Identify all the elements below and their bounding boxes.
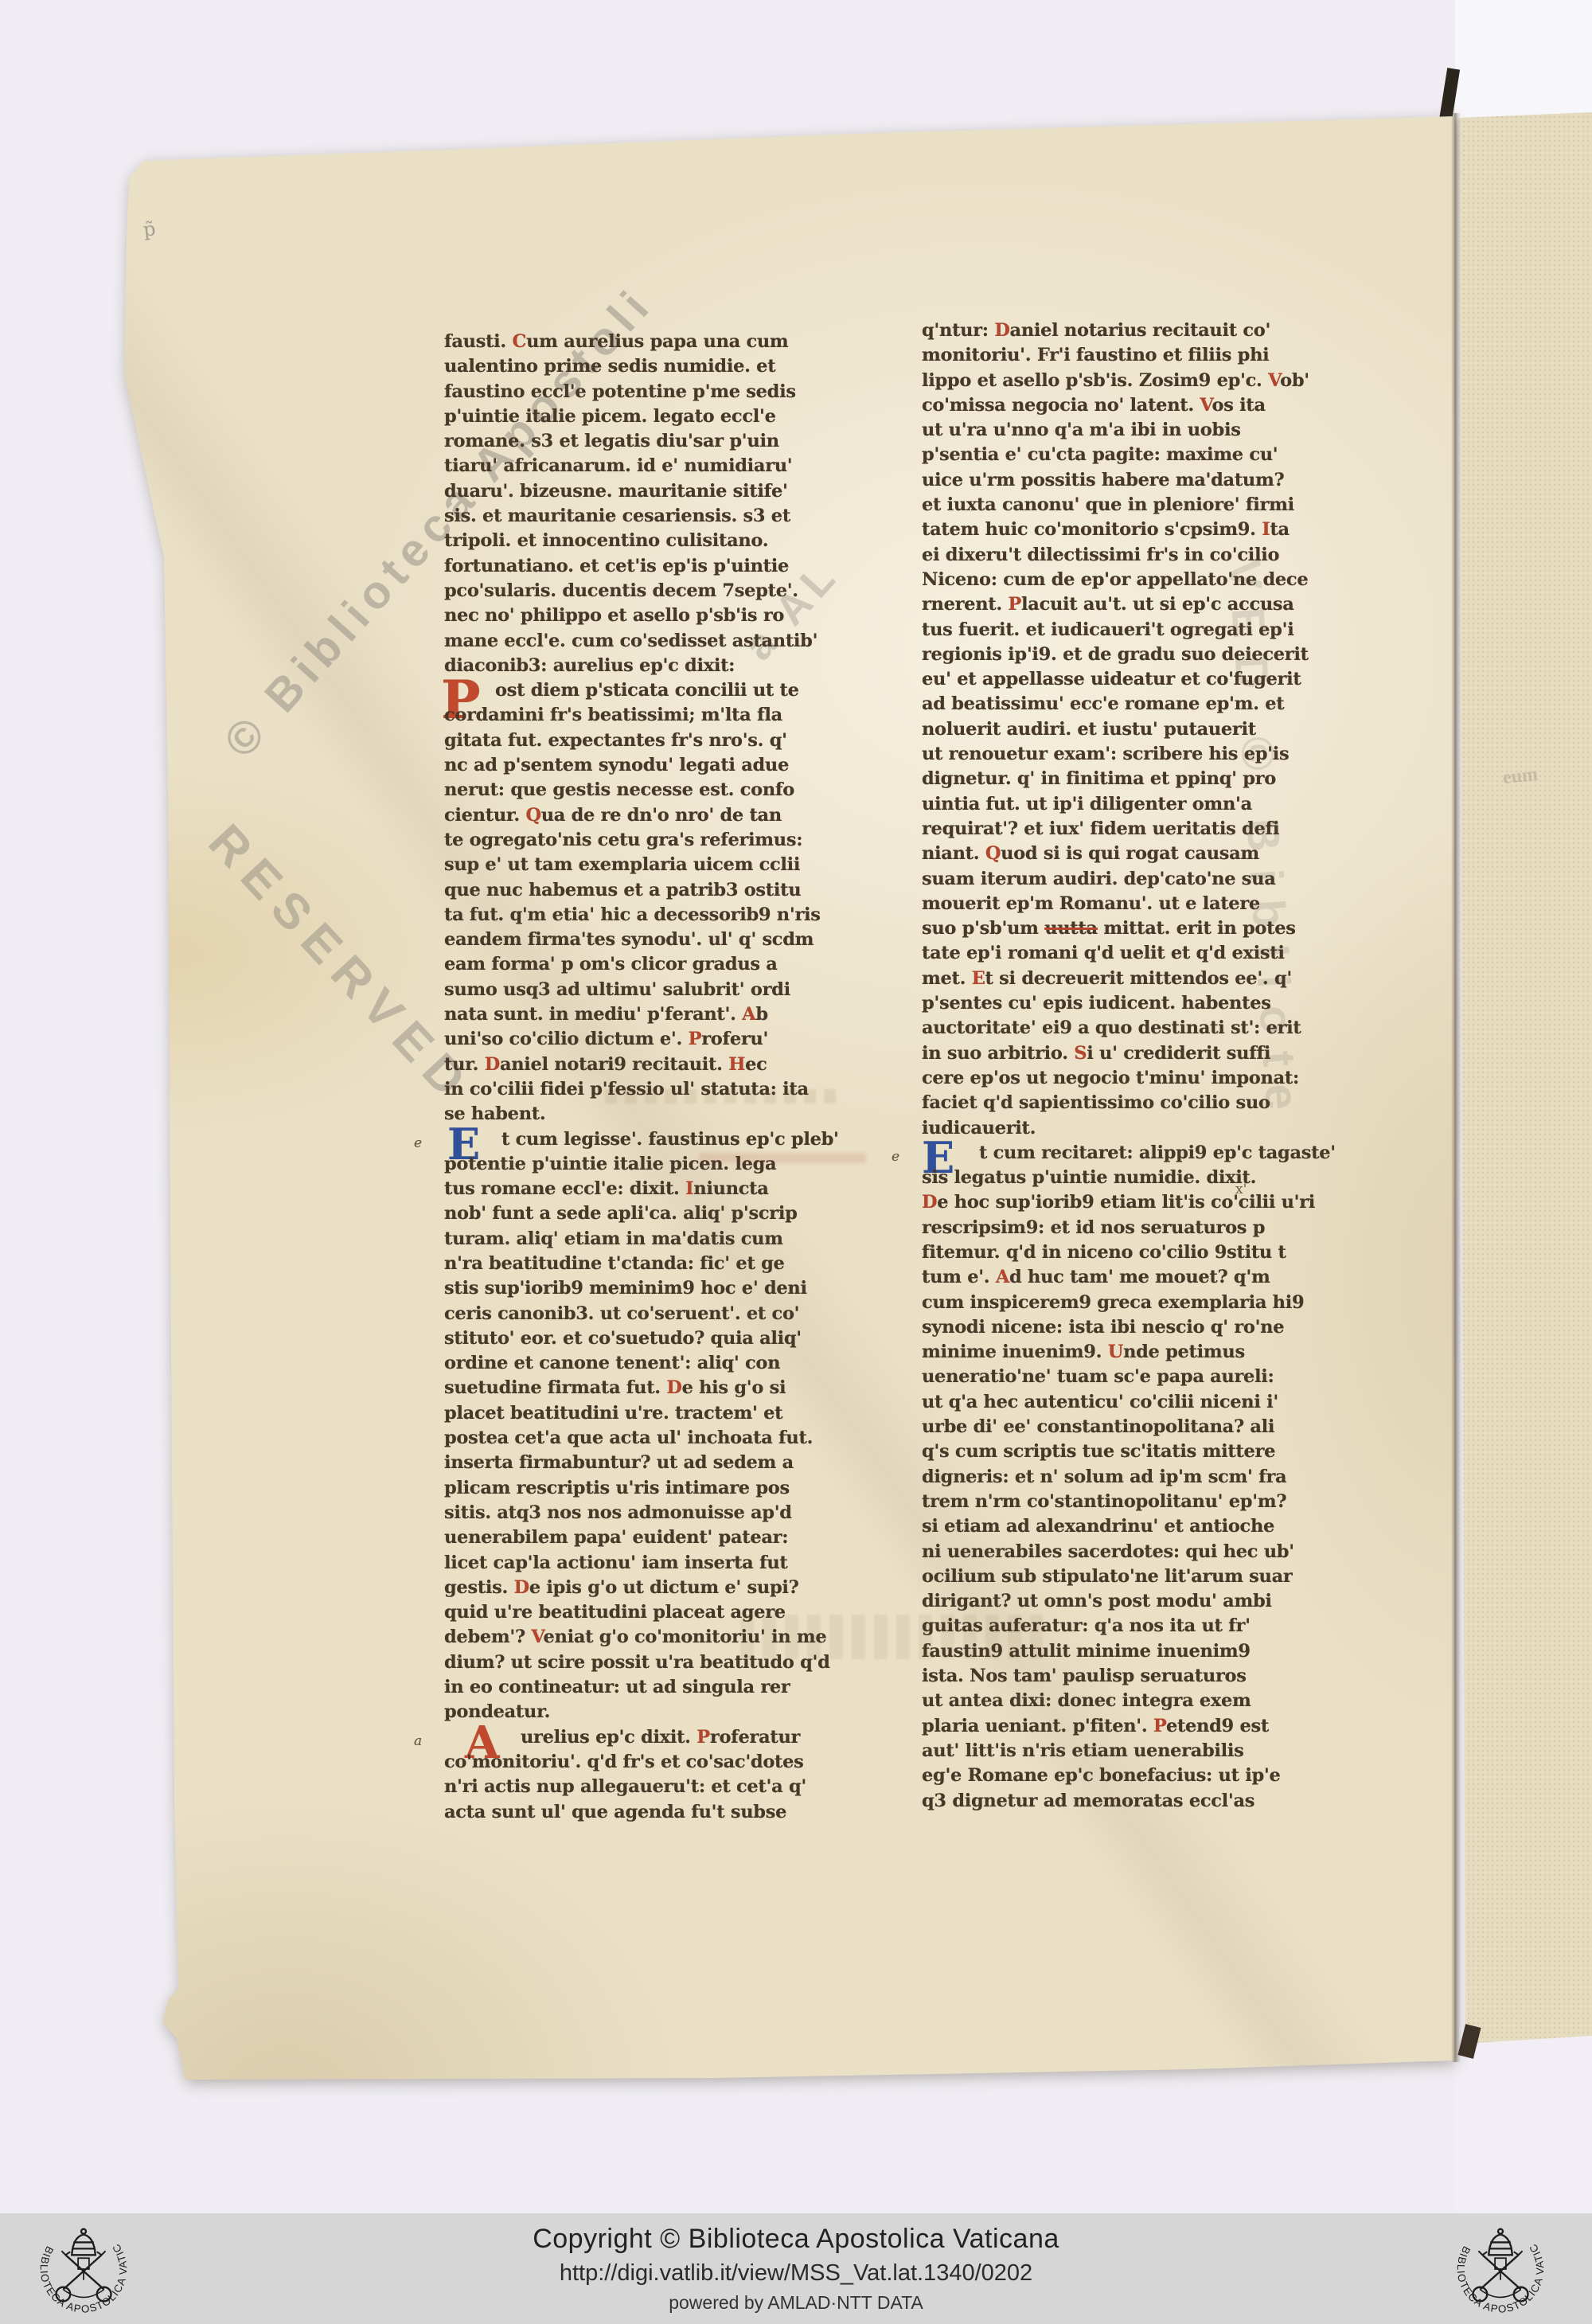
text-segment: etend9 est — [1166, 1716, 1269, 1736]
manuscript-line: duaru'. bizeusne. mauritanie sitife' — [444, 479, 878, 504]
manuscript-line: te ogregato'nis cetu gra's referimus: — [444, 828, 878, 853]
manuscript-line: acta sunt ul' que agenda fu't subse — [444, 1800, 878, 1825]
manuscript-column-1: fausti. Cum aurelius papa una cumualenti… — [444, 330, 878, 1825]
manuscript-line: guitas auferatur: q'a nos ita ut fr' — [922, 1614, 1356, 1639]
manuscript-line: placet beatitudini u're. tractem' et — [444, 1401, 878, 1426]
text-segment: t si decreuerit mittendos ee'. q' — [985, 968, 1292, 989]
manuscript-line: co'monitoriu'. q'd fr's et co'sac'dotes — [444, 1750, 878, 1775]
rubricated-letter: I — [685, 1178, 693, 1199]
manuscript-line: Post diem p'sticata concilii ut te — [444, 678, 878, 703]
manuscript-line: n'ra beatitudine t'ctanda: fic' et ge — [444, 1252, 878, 1276]
text-segment: b — [755, 1004, 767, 1025]
manuscript-line: p'uintie italie picem. legato eccl'e — [444, 404, 878, 429]
text-segment: lacuit au't. ut si ep'c accusa — [1021, 594, 1294, 615]
manuscript-line: monitoriu'. Fr'i faustino et filiis phi — [922, 343, 1356, 368]
marginal-letter: a — [414, 1729, 422, 1754]
manuscript-line: faustin9 attulit minime inuenim9 — [922, 1639, 1356, 1664]
edge-text-fragment: eum — [1502, 764, 1539, 789]
vatican-library-logo-left: BIBLIOTECA APOSTOLICA VATICANA — [29, 2214, 139, 2324]
rubricated-letter: S — [1074, 1043, 1087, 1064]
logo-ring-text: BIBLIOTECA APOSTOLICA VATICANA — [29, 2214, 129, 2315]
manuscript-line: nerut: que gestis necesse est. confo — [444, 778, 878, 803]
manuscript-line: ad beatissimu' ecc'e romane ep'm. et — [922, 692, 1356, 717]
rubricated-letter: D — [922, 1192, 937, 1213]
text-segment: e hoc sup'iorib9 etiam lit'is co'cilii u… — [937, 1192, 1315, 1213]
text-segment: nde petimus — [1123, 1342, 1245, 1362]
rubricated-letter: D — [514, 1577, 529, 1598]
manuscript-line: turam. aliq' etiam in ma'datis cum — [444, 1227, 878, 1252]
manuscript-line: pondeatur. — [444, 1700, 878, 1724]
manuscript-line: trem n'rm co'stantinopolitanu' ep'm? — [922, 1490, 1356, 1514]
rubricated-letter: U — [1108, 1342, 1123, 1362]
text-segment: rnerent. — [922, 594, 1008, 615]
logo-ring-text: BIBLIOTECA APOSTOLICA VATICANA — [1446, 2214, 1546, 2315]
manuscript-line: met. Et si decreuerit mittendos ee'. q' — [922, 967, 1356, 991]
marginal-letter: e — [414, 1131, 422, 1156]
manuscript-line: p'sentia e' cu'cta pagite: maxime cu' — [922, 443, 1356, 467]
manuscript-line: ocilium sub stipulato'ne lit'arum suar — [922, 1564, 1356, 1589]
manuscript-line: rnerent. Placuit au't. ut si ep'c accusa — [922, 592, 1356, 617]
manuscript-line: minime inuenim9. Unde petimus — [922, 1340, 1356, 1365]
manuscript-line: suam iterum audiri. dep'cato'ne sua — [922, 867, 1356, 892]
rubricated-letter: V — [1268, 370, 1280, 391]
text-segment: gestis. — [444, 1577, 514, 1598]
book-gutter — [1451, 113, 1461, 2062]
rubricated-letter: P — [1008, 594, 1021, 615]
manuscript-line: in eo contineatur: ut ad singula rer — [444, 1675, 878, 1700]
manuscript-line: eg'e Romane ep'c bonefacius: ut ip'e — [922, 1764, 1356, 1788]
manuscript-line: q3 dignetur ad memoratas eccl'as — [922, 1789, 1356, 1814]
rubricated-letter: C — [513, 331, 527, 352]
manuscript-line: co'missa negocia no' latent. Vos ita — [922, 393, 1356, 418]
text-segment: lippo et asello p'sb'is. Zosim9 ep'c. — [922, 370, 1268, 391]
rubricated-letter: I — [1262, 519, 1270, 540]
manuscript-line: ordine et canone tenent': aliq' con — [444, 1351, 878, 1376]
rubricated-letter: D — [994, 320, 1009, 341]
manuscript-line: fortunatiano. et cet'is ep'is p'uintie — [444, 554, 878, 579]
text-segment: aniel notari9 recitauit. — [500, 1054, 728, 1075]
manuscript-line: De hoc sup'iorib9 etiam lit'is co'cilii … — [922, 1190, 1356, 1215]
manuscript-line: ista. Nos tam' paulisp seruaturos — [922, 1664, 1356, 1689]
rubricated-letter: Q — [525, 805, 540, 826]
manuscript-line: dirigant? ut omn's post modu' ambi — [922, 1589, 1356, 1614]
marginal-letter: e — [892, 1145, 899, 1170]
text-segment: um aurelius papa una cum — [526, 331, 788, 352]
text-segment: roferu' — [701, 1029, 768, 1049]
manuscript-line: requirat'? et iux' fidem ueritatis defi — [922, 817, 1356, 842]
text-segment: plaria ueniant. p'fiten'. — [922, 1716, 1153, 1736]
rubricated-letter: P — [1153, 1716, 1166, 1736]
manuscript-line: sumo usq3 ad ultimu' salubrit' ordi — [444, 978, 878, 1002]
text-segment: suo p'sb'um — [922, 918, 1044, 939]
manuscript-line: nec no' philippo et asello p'sb'is ro — [444, 603, 878, 628]
text-segment: aniel notarius recitauit co' — [1010, 320, 1271, 341]
manuscript-line: uice u'rm possitis habere ma'datum? — [922, 468, 1356, 493]
manuscript-line: tripoli. et innocentino culisitano. — [444, 529, 878, 553]
manuscript-line: regionis ip'i9. et de gradu suo deieceri… — [922, 643, 1356, 667]
manuscript-line: stituto' eor. et co'suetudo? quia aliq' — [444, 1326, 878, 1351]
text-segment: ta — [1270, 519, 1289, 540]
rubricated-letter: P — [689, 1029, 702, 1049]
struck-word: uutta — [1044, 918, 1098, 939]
text-segment: urelius ep'c dixit. — [521, 1727, 696, 1748]
manuscript-line: mouerit ep'm Romanu'. ut e latere — [922, 892, 1356, 916]
manuscript-line: auctoritate' ei9 a quo destinati st': er… — [922, 1016, 1356, 1041]
text-segment: tur. — [444, 1054, 485, 1075]
manuscript-line: digneris: et n' solum ad ip'm scm' fra — [922, 1465, 1356, 1490]
text-segment: suetudine firmata fut. — [444, 1377, 666, 1398]
manuscript-line: niant. Quod si is qui rogat causam — [922, 842, 1356, 866]
text-segment: mittat. erit in potes — [1098, 918, 1296, 939]
manuscript-line: si etiam ad alexandrinu' et antioche — [922, 1514, 1356, 1539]
footer-powered-by: powered by AMLAD·NTT DATA — [669, 2292, 923, 2314]
manuscript-line: rescripsim9: et id nos seruaturos p — [922, 1216, 1356, 1240]
manuscript-line: que nuc habemus et a patrib3 ostitu — [444, 878, 878, 903]
pencil-quire-mark: p̃ — [142, 217, 157, 241]
papal-tiara-and-keys-icon — [1473, 2229, 1528, 2302]
manuscript-line: mane eccl'e. cum co'sedisset astantib' — [444, 629, 878, 654]
manuscript-line: uni'so co'cilio dictum e'. Proferu' — [444, 1027, 878, 1052]
manuscript-line: lippo et asello p'sb'is. Zosim9 ep'c. Vo… — [922, 369, 1356, 393]
manuscript-line: tur. Daniel notari9 recitauit. Hec — [444, 1053, 878, 1077]
manuscript-line: aut' litt'is n'ris etiam uenerabilis — [922, 1739, 1356, 1764]
manuscript-line: tus fuerit. et iudicaueri't ogregati ep'… — [922, 618, 1356, 643]
svg-text:BIBLIOTECA APOSTOLICA VATICANA: BIBLIOTECA APOSTOLICA VATICANA — [29, 2214, 129, 2315]
manuscript-line: debem'? Veniat g'o co'monitoriu' in me — [444, 1625, 878, 1650]
manuscript-line: suetudine firmata fut. De his g'o si — [444, 1376, 878, 1400]
text-segment: co'missa negocia no' latent. — [922, 395, 1200, 416]
manuscript-line: sitis. atq3 nos nos admonuisse ap'd — [444, 1501, 878, 1525]
manuscript-line: faustino eccl'e potentine p'me sedis — [444, 380, 878, 404]
manuscript-line: cere ep'os ut negocio t'minu' imponat: — [922, 1066, 1356, 1091]
manuscript-line: dium? ut scire possit u'ra beatitudo q'd — [444, 1650, 878, 1675]
manuscript-line: q's cum scriptis tue sc'itatis mittere — [922, 1439, 1356, 1464]
digitized-manuscript-viewer-page: { "footer": { "copyright": "Copyright © … — [0, 0, 1592, 2324]
manuscript-line: quid u're beatitudini placeat agere — [444, 1600, 878, 1625]
manuscript-line: plicam rescriptis u'ris intimare pos — [444, 1476, 878, 1501]
manuscript-line: stis sup'iorib9 meminim9 hoc e' deni — [444, 1276, 878, 1301]
text-segment: i u' crediderit suffi — [1087, 1043, 1270, 1064]
text-segment: debem'? — [444, 1627, 531, 1647]
manuscript-line: uenerabilem papa' euident' patear: — [444, 1525, 878, 1550]
text-segment: ec — [745, 1054, 767, 1075]
manuscript-line: urbe di' ee' constantinopolitana? ali — [922, 1415, 1356, 1439]
manuscript-line: ut renouetur exam': scribere his ep'is — [922, 742, 1356, 767]
manuscript-line: tum e'. Ad huc tam' me mouet? q'm — [922, 1265, 1356, 1290]
manuscript-line: postea cet'a que acta ul' inchoata fut. — [444, 1426, 878, 1451]
manuscript-line: tiaru' africanarum. id e' numidiaru' — [444, 454, 878, 478]
manuscript-line: eu' et appellasse uideatur et co'fugerit — [922, 667, 1356, 692]
manuscript-line: sis. et mauritanie cesariensis. s3 et — [444, 504, 878, 529]
manuscript-line: tatem huic co'monitorio s'cpsim9. Ita — [922, 518, 1356, 542]
manuscript-line: iudicauerit. — [922, 1116, 1356, 1141]
manuscript-line: n'ri actis nup allegaueru't: et cet'a q' — [444, 1775, 878, 1799]
manuscript-line: ei dixeru't dilectissimi fr's in co'cili… — [922, 543, 1356, 568]
text-segment: e ipis g'o ut dictum e' supi? — [529, 1577, 799, 1598]
manuscript-line: suo p'sb'um uutta mittat. erit in potes — [922, 916, 1356, 941]
text-segment: in suo arbitrio. — [922, 1043, 1074, 1064]
manuscript-line: romane. s3 et legatis diu'sar p'uin — [444, 429, 878, 454]
text-segment: uod si is qui rogat causam — [1001, 843, 1259, 864]
rubricated-letter: P — [696, 1727, 710, 1748]
manuscript-line: ueneratio'ne' tuam sc'e papa aureli: — [922, 1365, 1356, 1389]
text-segment: nata sunt. in mediu' p'ferant'. — [444, 1004, 742, 1025]
text-segment: roferatur — [710, 1727, 800, 1748]
manuscript-line: dignetur. q' in finitima et ppinq' pro — [922, 767, 1356, 791]
manuscript-line: inserta firmabuntur? ut ad sedem a — [444, 1451, 878, 1475]
manuscript-line: sup e' ut tam exemplaria uicem cclii — [444, 853, 878, 877]
manuscript-line: et iuxta canonu' que in pleniore' firmi — [922, 493, 1356, 518]
manuscript-line: Eet cum legisse'. faustinus ep'c pleb' — [444, 1127, 878, 1152]
manuscript-line: tate ep'i romani q'd uelit et q'd existi — [922, 941, 1356, 966]
manuscript-line: ualentino prime sedis numidie. et — [444, 354, 878, 379]
rubricated-letter: A — [742, 1004, 755, 1025]
manuscript-line: ta fut. q'm etia' hic a decessorib9 n'ri… — [444, 903, 878, 928]
text-segment: uni'so co'cilio dictum e'. — [444, 1029, 689, 1049]
text-segment: tatem huic co'monitorio s'cpsim9. — [922, 519, 1262, 540]
rubricated-letter: D — [485, 1054, 500, 1075]
vatican-library-logo-right: BIBLIOTECA APOSTOLICA VATICANA — [1446, 2214, 1555, 2324]
manuscript-line: uintia fut. ut ip'i diligenter omn'a — [922, 792, 1356, 817]
text-segment: q'ntur: — [922, 320, 994, 341]
manuscript-line: q'ntur: Daniel notarius recitauit co' — [922, 318, 1356, 343]
footer-url: http://digi.vatlib.it/view/MSS_Vat.lat.1… — [560, 2260, 1032, 2287]
manuscript-line: ut u'ra u'nno q'a m'a ibi in uobis — [922, 418, 1356, 443]
manuscript-line: fausti. Cum aurelius papa una cum — [444, 330, 878, 354]
manuscript-line: nc ad p'sentem synodu' legati adue — [444, 753, 878, 778]
text-segment: tus romane eccl'e: dixit. — [444, 1178, 685, 1199]
manuscript-line: Eet cum recitaret: alippi9 ep'c tagaste' — [922, 1141, 1356, 1166]
manuscript-line: in co'cilii fidei p'fessio ul' statuta: … — [444, 1077, 878, 1102]
text-segment: cientur. — [444, 805, 525, 826]
manuscript-line: licet cap'la actionu' iam inserta fut — [444, 1551, 878, 1576]
manuscript-line: eandem firma'tes synodu'. ul' q' scdm — [444, 928, 878, 952]
manuscript-line: fitemur. q'd in niceno co'cilio 9stitu t — [922, 1240, 1356, 1265]
text-segment: niant. — [922, 843, 985, 864]
manuscript-line: noluerit audiri. et iustu' putauerit — [922, 717, 1356, 742]
text-segment: minime inuenim9. — [922, 1342, 1108, 1362]
rubricated-letter: E — [972, 968, 985, 989]
manuscript-line: cum inspicerem9 greca exemplaria hi9 — [922, 1291, 1356, 1315]
manuscript-line: synodi nicene: ista ibi nescio q' ro'ne — [922, 1315, 1356, 1340]
manuscript-line: se habent. — [444, 1102, 878, 1127]
manuscript-line: faciet q'd sapientissimo co'cilio suo — [922, 1091, 1356, 1115]
manuscript-line: Niceno: cum de ep'or appellato'ne dece — [922, 568, 1356, 592]
manuscript-line: sis legatus p'uintie numidie. dixit. — [922, 1166, 1356, 1190]
rubricated-letter: Q — [985, 843, 1001, 864]
text-segment: met. — [922, 968, 972, 989]
manuscript-line: gitata fut. expectantes fr's nro's. q' — [444, 728, 878, 753]
rubricated-letter: A — [996, 1267, 1009, 1287]
manuscript-line: cientur. Qua de re dn'o nro' de tan — [444, 803, 878, 828]
manuscript-line: eam forma' p om's clicor gradus a — [444, 952, 878, 977]
text-segment: d huc tam' me mouet? q'm — [1009, 1267, 1270, 1287]
manuscript-line: Aaurelius ep'c dixit. Proferatur — [444, 1725, 878, 1750]
text-segment: ob' — [1280, 370, 1309, 391]
manuscript-line: pco'sularis. ducentis decem 7septe'. — [444, 579, 878, 603]
manuscript-line: ut q'a hec autenticu' co'cilii niceni i' — [922, 1390, 1356, 1415]
manuscript-line: p'sentes cu' epis iudicent. habentes — [922, 991, 1356, 1016]
rubricated-letter: H — [728, 1054, 745, 1075]
footer-copyright: Copyright © Biblioteca Apostolica Vatica… — [533, 2224, 1059, 2255]
footer-bar: Copyright © Biblioteca Apostolica Vatica… — [0, 2213, 1592, 2324]
manuscript-line: ut antea dixi: donec integra exem — [922, 1689, 1356, 1713]
text-segment: eniat g'o co'monitoriu' in me — [544, 1627, 827, 1647]
text-segment: os ita — [1212, 395, 1266, 416]
text-segment: tum e'. — [922, 1267, 996, 1287]
text-segment: niuncta — [693, 1178, 768, 1199]
rubricated-letter: D — [666, 1377, 681, 1398]
manuscript-line: nata sunt. in mediu' p'ferant'. Ab — [444, 1002, 878, 1027]
manuscript-line: tus romane eccl'e: dixit. Iniuncta — [444, 1177, 878, 1201]
text-segment: e his g'o si — [682, 1377, 786, 1398]
rubricated-letter: V — [1200, 395, 1212, 416]
manuscript-line: gestis. De ipis g'o ut dictum e' supi? — [444, 1576, 878, 1600]
manuscript-line: in suo arbitrio. Si u' crediderit suffi — [922, 1041, 1356, 1066]
manuscript-line: plaria ueniant. p'fiten'. Petend9 est — [922, 1714, 1356, 1739]
manuscript-line: ni uenerabiles sacerdotes: qui hec ub' — [922, 1540, 1356, 1564]
manuscript-line: ceris canonib3. ut co'seruent'. et co' — [444, 1302, 878, 1326]
manuscript-line: cordamini fr's beatissimi; m'lta fla — [444, 703, 878, 728]
svg-text:BIBLIOTECA APOSTOLICA VATICANA: BIBLIOTECA APOSTOLICA VATICANA — [1446, 2214, 1546, 2315]
manuscript-line: diaconib3: aurelius ep'c dixit: — [444, 654, 878, 678]
rubricated-letter: V — [531, 1627, 543, 1647]
manuscript-line: nob' funt a sede apli'ca. aliq' p'scrip — [444, 1201, 878, 1226]
text-segment: fausti. — [444, 331, 513, 352]
manuscript-column-2: q'ntur: Daniel notarius recitauit co'mon… — [922, 318, 1356, 1814]
text-segment: ua de re dn'o nro' de tan — [541, 805, 782, 826]
manuscript-line: potentie p'uintie italie picen. lega — [444, 1152, 878, 1177]
